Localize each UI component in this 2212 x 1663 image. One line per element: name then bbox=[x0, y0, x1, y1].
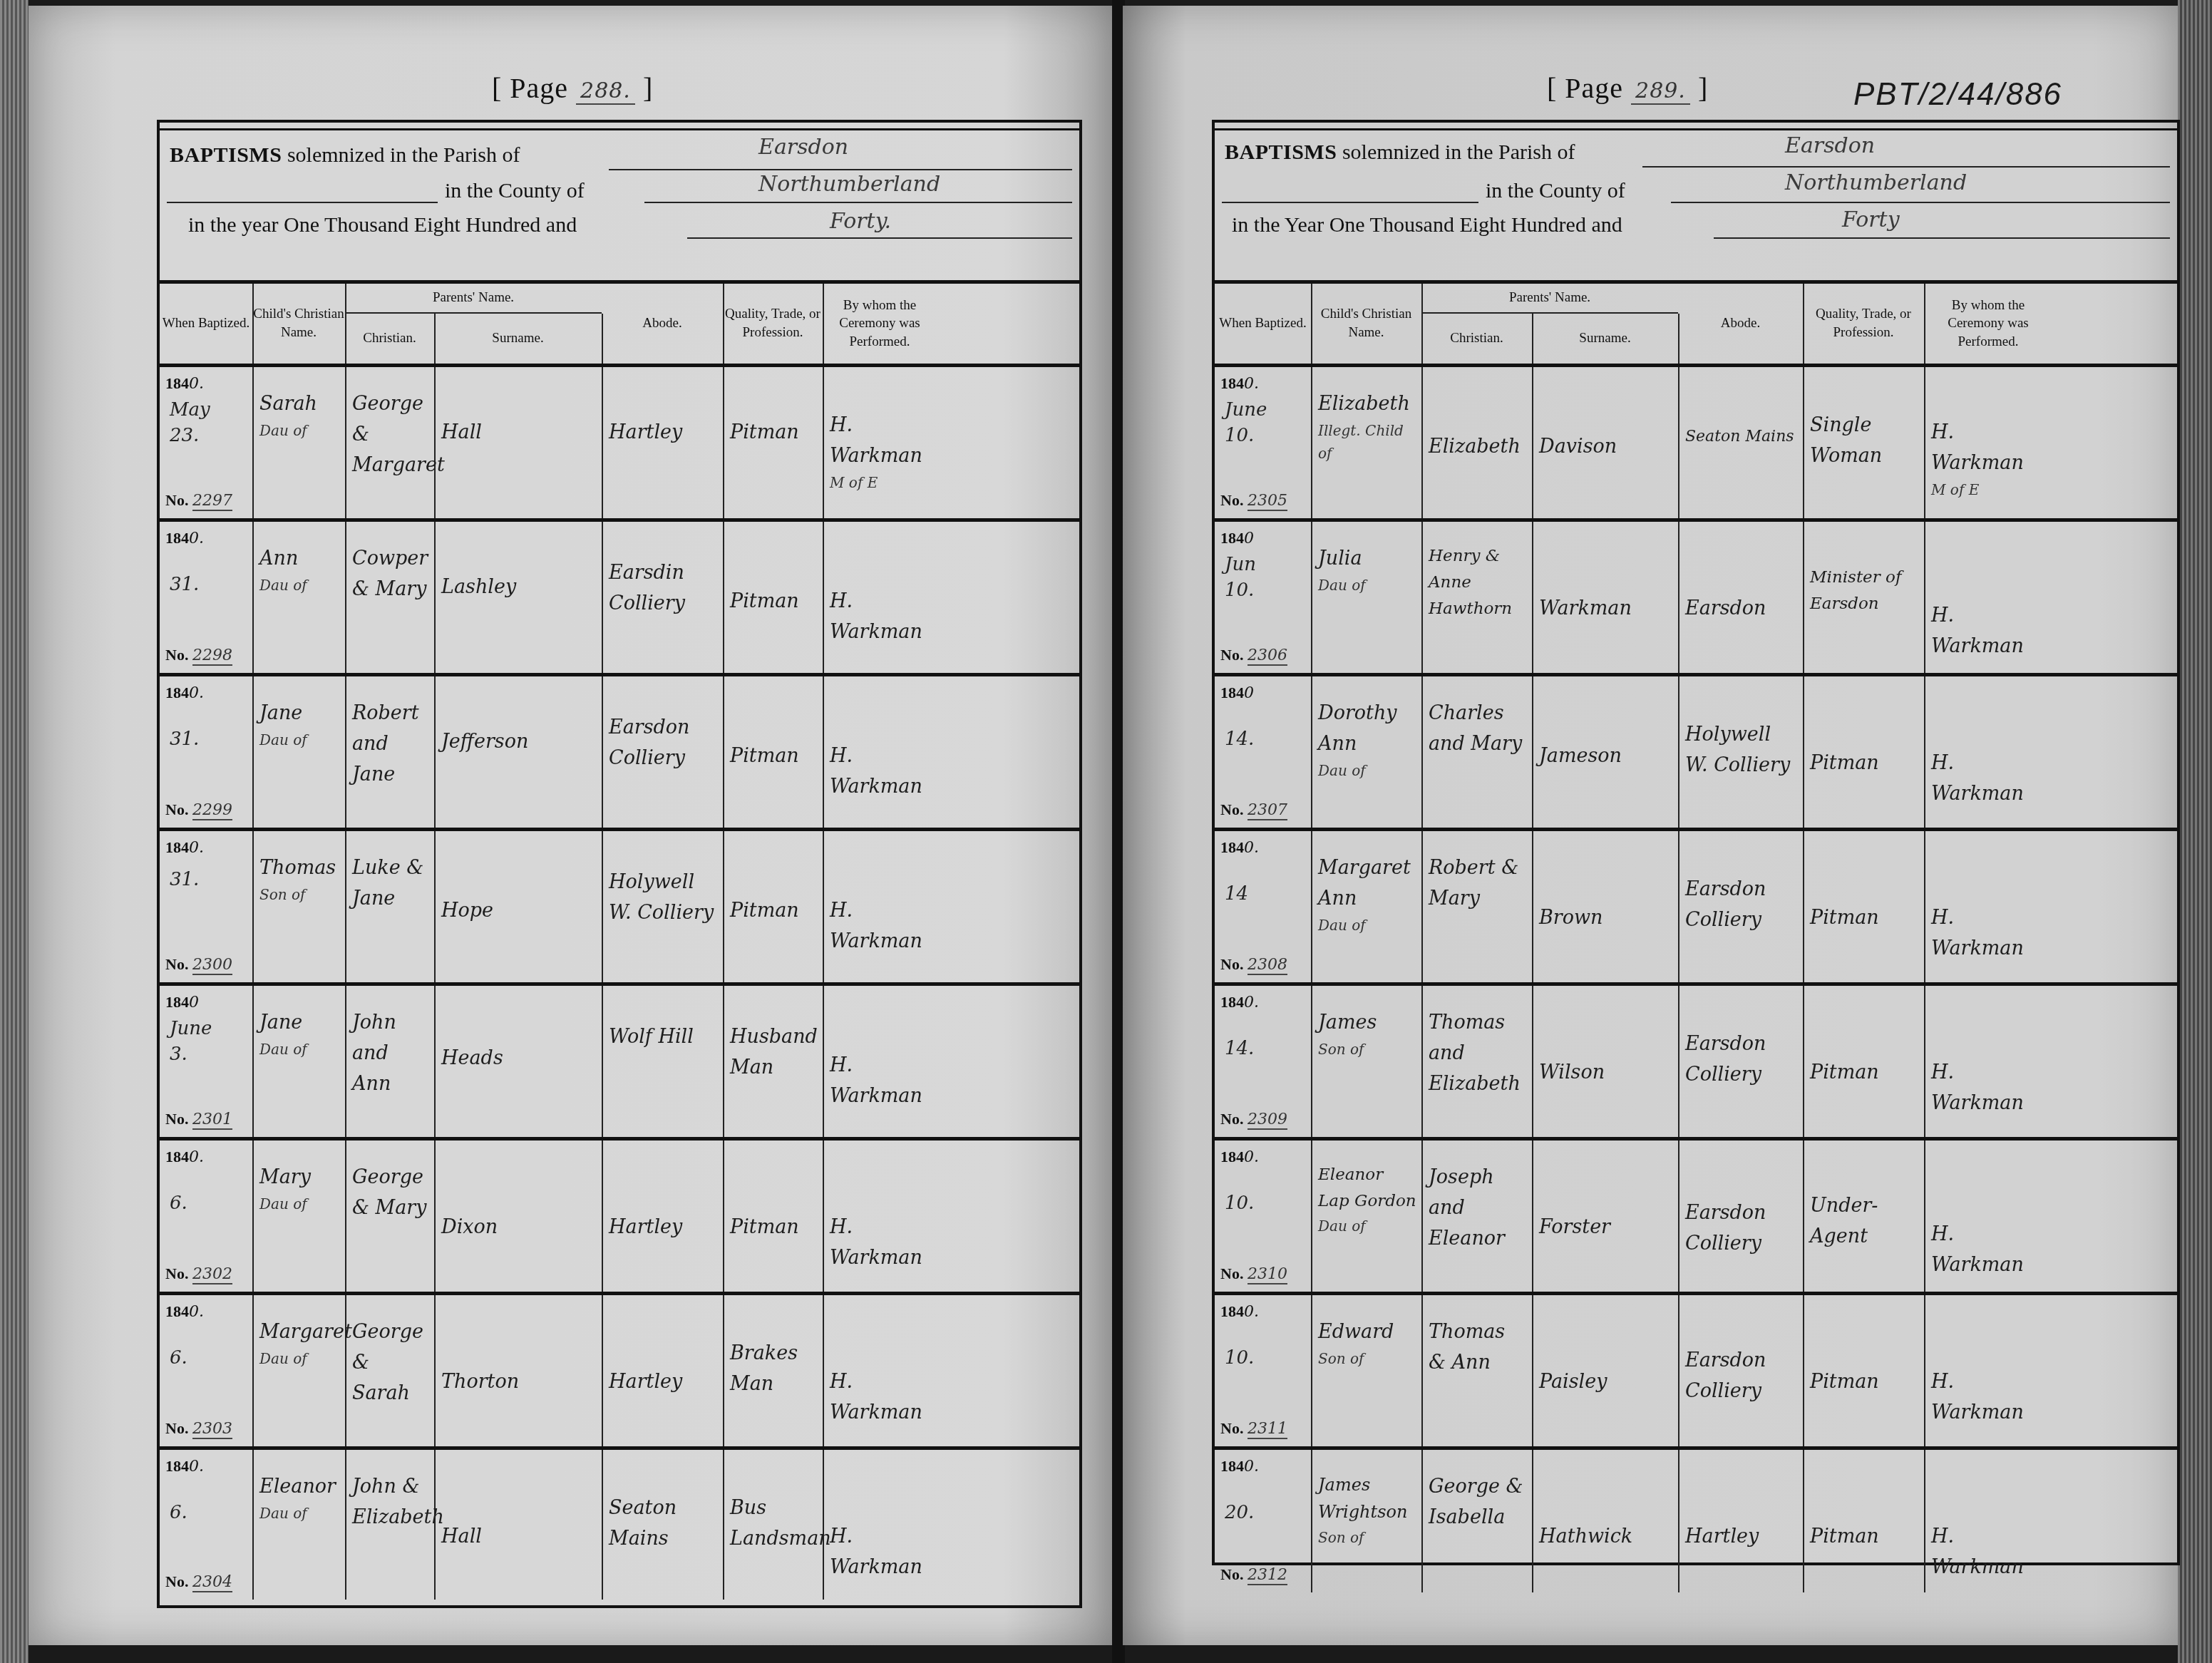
handwritten-text: 0. bbox=[1244, 375, 1259, 393]
handwritten-text: H. Warkman bbox=[830, 590, 922, 643]
col-by-whom: By whom the Ceremony was Performed. bbox=[823, 284, 937, 364]
parish-name: Earsdon bbox=[1785, 133, 1875, 158]
table-row: 1840.10.No. 2311 EdwardSon of Thomas & A… bbox=[1215, 1295, 2177, 1450]
handwritten-text: 0. bbox=[189, 1303, 204, 1321]
table-cell: JaneDau of bbox=[252, 986, 346, 1137]
year-word: Forty bbox=[1842, 207, 1900, 232]
handwritten-text: 2306 bbox=[1248, 647, 1287, 666]
handwritten-text: Elizabeth bbox=[1429, 431, 1528, 462]
year-word: Forty. bbox=[830, 209, 891, 234]
entry-year: 1840. bbox=[1220, 1457, 1259, 1476]
right-page-edges bbox=[2178, 0, 2212, 1663]
table-cell: Pitman bbox=[723, 367, 824, 518]
column-headers: When Baptized. Child's Christian Name. P… bbox=[160, 284, 1079, 367]
entry-date: 10. bbox=[1225, 1190, 1289, 1216]
county-name: Northumberland bbox=[1785, 170, 1967, 195]
handwritten-text: Elizabeth bbox=[1318, 393, 1410, 415]
handwritten-text: Margaret AnnDau of bbox=[1318, 853, 1417, 937]
table-cell: Robert & Mary bbox=[1421, 831, 1533, 982]
table-cell: John and Ann bbox=[345, 986, 436, 1137]
handwritten-text: H. Warkman bbox=[830, 1054, 922, 1107]
left-page-edges bbox=[0, 0, 29, 1663]
handwritten-text: Earsdon bbox=[1685, 593, 1799, 624]
handwritten-text: H. Warkman bbox=[1931, 902, 2048, 964]
handwritten-text: Warkman bbox=[1539, 593, 1674, 624]
handwritten-text: MaryDau of bbox=[259, 1162, 341, 1215]
handwritten-text: Jameson bbox=[1539, 741, 1674, 771]
handwritten-text: Pitman bbox=[1810, 1057, 1920, 1088]
handwritten-text: Dorothy Ann bbox=[1318, 702, 1397, 755]
handwritten-text: 2302 bbox=[192, 1265, 232, 1284]
table-cell: Paisley bbox=[1532, 1295, 1679, 1446]
handwritten-text: Robert & Mary bbox=[1429, 853, 1528, 914]
table-cell: Hope bbox=[434, 831, 603, 982]
entry-date: 31. bbox=[170, 726, 234, 752]
table-cell: 1840.6.No. 2304 bbox=[160, 1450, 254, 1600]
table-cell: Elizabeth bbox=[1421, 367, 1533, 518]
handwritten-text: H. Warkman bbox=[830, 1371, 922, 1423]
handwritten-text: Sarah bbox=[259, 393, 317, 415]
handwritten-text: EleanorDau of bbox=[259, 1471, 341, 1525]
handwritten-text: No. bbox=[1220, 800, 1243, 818]
handwritten-text: Thomas and Elizabeth bbox=[1429, 1007, 1528, 1100]
table-cell: EleanorDau of bbox=[252, 1450, 346, 1600]
handwritten-text: Dau of bbox=[259, 1347, 341, 1370]
handwritten-text: 2308 bbox=[1248, 956, 1287, 975]
col-parents-name: Parents' Name. bbox=[1421, 284, 1678, 314]
page-number-right: [ Page 289. ] bbox=[1547, 71, 1708, 105]
handwritten-text: Pitman bbox=[730, 1212, 818, 1242]
table-cell: Eleanor Lap GordonDau of bbox=[1311, 1141, 1423, 1292]
handwritten-text: 2312 bbox=[1248, 1566, 1287, 1585]
table-cell: Pitman bbox=[723, 522, 824, 673]
table-cell: H. Warkman bbox=[1924, 986, 2052, 1137]
table-cell: H. Warkman bbox=[823, 676, 937, 828]
handwritten-text: Davison bbox=[1539, 431, 1674, 462]
handwritten-text: Son of bbox=[1318, 1038, 1417, 1061]
table-cell: Minister of Earsdon bbox=[1803, 522, 1925, 673]
handwritten-text: Wilson bbox=[1539, 1057, 1674, 1088]
handwritten-text: H. Warkman bbox=[830, 1366, 932, 1428]
col-parents-surname: Surname. bbox=[434, 314, 603, 364]
table-cell: Lashley bbox=[434, 522, 603, 673]
table-cell: Seaton Mains bbox=[602, 1450, 724, 1600]
handwritten-text: H. Warkman bbox=[1931, 421, 2024, 474]
entry-year: 1840. bbox=[1220, 374, 1259, 393]
handwritten-text: JaneDau of bbox=[259, 698, 341, 751]
table-cell: Wilson bbox=[1532, 986, 1679, 1137]
entry-date: 10. bbox=[1225, 1345, 1289, 1371]
table-cell: Pitman bbox=[723, 831, 824, 982]
table-cell: Davison bbox=[1532, 367, 1679, 518]
handwritten-text: H. Warkman bbox=[1931, 1061, 2024, 1114]
table-cell: ElizabethIllegt. Child of bbox=[1311, 367, 1423, 518]
table-cell: H. Warkman bbox=[823, 522, 937, 673]
handwritten-text: H. Warkman bbox=[1931, 1057, 2048, 1118]
handwritten-text: H. Warkman bbox=[830, 1212, 932, 1273]
handwritten-text: Pitman bbox=[730, 741, 818, 771]
handwritten-text: Dau of bbox=[1318, 1215, 1417, 1237]
handwritten-text: Son of bbox=[1318, 1526, 1417, 1549]
handwritten-text: H. Warkman bbox=[1931, 748, 2048, 809]
handwritten-text: 0. bbox=[189, 530, 204, 547]
table-cell: Earsdon Colliery bbox=[1678, 986, 1804, 1137]
table-cell: George & Margaret bbox=[345, 367, 436, 518]
table-cell: Forster bbox=[1532, 1141, 1679, 1292]
handwritten-text: 0. bbox=[1244, 994, 1259, 1011]
entry-year: 1840. bbox=[165, 1457, 204, 1476]
handwritten-text: James Wrightson bbox=[1318, 1475, 1407, 1522]
handwritten-text: Dau of bbox=[1318, 574, 1417, 597]
table-cell: Thomas & Ann bbox=[1421, 1295, 1533, 1446]
handwritten-text: George & Mary bbox=[352, 1162, 430, 1223]
handwritten-text: Holywell W. Colliery bbox=[609, 867, 719, 928]
handwritten-text: M of E bbox=[830, 471, 932, 494]
table-cell: H. Warkman bbox=[823, 986, 937, 1137]
table-cell: 1840.20.No. 2312 bbox=[1215, 1450, 1312, 1592]
table-cell: Earsdon Colliery bbox=[1678, 1295, 1804, 1446]
handwritten-text: Bus Landsman bbox=[730, 1493, 818, 1554]
handwritten-text: 0. bbox=[1244, 1303, 1259, 1321]
table-row: 184014.No. 2307 Dorothy AnnDau of Charle… bbox=[1215, 676, 2177, 831]
table-cell: Henry & Anne Hawthorn bbox=[1421, 522, 1533, 673]
entry-year: 1840 bbox=[165, 993, 199, 1011]
table-cell: Wolf Hill bbox=[602, 986, 724, 1137]
right-page: [ Page 289. ] PBT/2/44/886 BAPTISMS sole… bbox=[1123, 6, 2178, 1645]
entry-date: 6. bbox=[170, 1190, 234, 1216]
handwritten-text: Dau of bbox=[259, 419, 341, 442]
table-row: 1840.20.No. 2312 James WrightsonSon of G… bbox=[1215, 1450, 2177, 1592]
table-cell: Pitman bbox=[1803, 986, 1925, 1137]
table-cell: 184014.No. 2307 bbox=[1215, 676, 1312, 828]
entry-year: 1840. bbox=[1220, 993, 1259, 1011]
handwritten-text: H. WarkmanM of E bbox=[830, 410, 932, 494]
entry-date: Jun 10. bbox=[1225, 552, 1289, 604]
col-quality: Quality, Trade, or Profession. bbox=[723, 284, 824, 364]
handwritten-text: H. Warkman bbox=[1931, 1223, 2024, 1276]
col-quality: Quality, Trade, or Profession. bbox=[1803, 284, 1925, 364]
table-cell: Heads bbox=[434, 986, 603, 1137]
table-cell: Pitman bbox=[1803, 676, 1925, 828]
handwritten-text: Dau of bbox=[259, 728, 341, 751]
table-cell: 1840.June 10.No. 2305 bbox=[1215, 367, 1312, 518]
handwritten-text: Dau of bbox=[259, 1038, 341, 1061]
handwritten-text: Dau of bbox=[259, 574, 341, 597]
table-cell: John & Elizabeth bbox=[345, 1450, 436, 1600]
handwritten-text: 2311 bbox=[1248, 1420, 1287, 1439]
table-cell: Holywell W. Colliery bbox=[602, 831, 724, 982]
table-cell: ThomasSon of bbox=[252, 831, 346, 982]
handwritten-text: Margaret Ann bbox=[1318, 857, 1411, 910]
handwritten-text: John and Ann bbox=[352, 1007, 430, 1100]
handwritten-text: Pitman bbox=[1810, 1366, 1920, 1397]
handwritten-text: Robert and Jane bbox=[352, 698, 430, 791]
table-cell: H. Warkman bbox=[1924, 1450, 2052, 1592]
col-child-name: Child's Christian Name. bbox=[252, 284, 346, 364]
handwritten-text: James bbox=[1318, 1011, 1377, 1034]
handwritten-text: 0. bbox=[189, 1458, 204, 1476]
table-cell: Hall bbox=[434, 1450, 603, 1600]
handwritten-text: 2298 bbox=[192, 647, 232, 666]
entry-year: 1840. bbox=[1220, 1302, 1259, 1321]
handwritten-text: Pitman bbox=[1810, 902, 1920, 933]
handwritten-text: Pitman bbox=[730, 586, 818, 617]
table-cell: Brakes Man bbox=[723, 1295, 824, 1446]
handwritten-text: John & Elizabeth bbox=[352, 1471, 430, 1533]
col-parents-surname: Surname. bbox=[1532, 314, 1679, 364]
handwritten-text: Brown bbox=[1539, 902, 1674, 933]
table-cell: James WrightsonSon of bbox=[1311, 1450, 1423, 1592]
handwritten-text: Dau of bbox=[259, 1502, 341, 1525]
handwritten-text: Earsdon Colliery bbox=[1685, 1345, 1799, 1406]
baptism-register-table-right: BAPTISMS solemnized in the Parish of Ear… bbox=[1212, 120, 2180, 1565]
handwritten-text: Husband Man bbox=[730, 1021, 818, 1083]
handwritten-text: H. Warkman bbox=[830, 745, 922, 798]
entry-number: No. 2311 bbox=[1220, 1419, 1287, 1438]
table-cell: Robert and Jane bbox=[345, 676, 436, 828]
table-cell: Husband Man bbox=[723, 986, 824, 1137]
table-row: 1840June 3.No. 2301 JaneDau of John and … bbox=[160, 986, 1079, 1141]
handwritten-text: 0. bbox=[189, 839, 204, 857]
col-parents-christian: Christian. bbox=[345, 314, 436, 364]
handwritten-text: No. bbox=[165, 955, 188, 973]
handwritten-text: H. Warkman bbox=[830, 895, 932, 957]
handwritten-text: 0. bbox=[1244, 1458, 1259, 1476]
table-cell: Margaret AnnDau of bbox=[1311, 831, 1423, 982]
table-row: 1840.6.No. 2303 MargaretDau of George & … bbox=[160, 1295, 1079, 1450]
handwritten-text: Dorothy AnnDau of bbox=[1318, 698, 1417, 782]
handwritten-text: Wolf Hill bbox=[609, 1021, 719, 1052]
entry-number: No. 2309 bbox=[1220, 1110, 1287, 1128]
table-cell: H. Warkman bbox=[1924, 831, 2052, 982]
col-child-name: Child's Christian Name. bbox=[1311, 284, 1423, 364]
table-cell: AnnDau of bbox=[252, 522, 346, 673]
handwritten-text: 2309 bbox=[1248, 1111, 1287, 1130]
handwritten-text: 2304 bbox=[192, 1573, 232, 1592]
table-cell: Hartley bbox=[602, 1141, 724, 1292]
entry-number: No. 2302 bbox=[165, 1265, 232, 1283]
table-cell: Holywell W. Colliery bbox=[1678, 676, 1804, 828]
handwritten-text: Dixon bbox=[441, 1212, 597, 1242]
table-cell: Hartley bbox=[602, 367, 724, 518]
handwritten-text: Seaton Mains bbox=[1685, 424, 1799, 449]
handwritten-text: M of E bbox=[1931, 478, 2048, 501]
entry-number: No. 2308 bbox=[1220, 955, 1287, 974]
handwritten-text: 2310 bbox=[1248, 1265, 1287, 1284]
table-cell: Thorton bbox=[434, 1295, 603, 1446]
handwritten-text: Son of bbox=[1318, 1347, 1417, 1370]
entry-year: 1840. bbox=[165, 1148, 204, 1166]
entry-number: No. 2301 bbox=[165, 1110, 232, 1128]
table-cell: 1840.6.No. 2303 bbox=[160, 1295, 254, 1446]
table-cell: Cowper & Mary bbox=[345, 522, 436, 673]
baptism-register-table-left: BAPTISMS solemnized in the Parish of Ear… bbox=[157, 120, 1082, 1608]
handwritten-text: AnnDau of bbox=[259, 543, 341, 597]
entry-date: June 3. bbox=[170, 1016, 234, 1068]
handwritten-text: H. Warkman bbox=[1931, 600, 2048, 661]
handwritten-text: 0. bbox=[189, 375, 204, 393]
entry-date: 31. bbox=[170, 572, 234, 597]
handwritten-text: No. bbox=[165, 1572, 188, 1590]
handwritten-text: Henry & Anne Hawthorn bbox=[1429, 543, 1528, 622]
handwritten-text: 0. bbox=[189, 684, 204, 702]
handwritten-text: MargaretDau of bbox=[259, 1317, 341, 1370]
handwritten-text: H. Warkman bbox=[1931, 604, 2024, 657]
handwritten-text: Paisley bbox=[1539, 1366, 1674, 1397]
table-cell: Dorothy AnnDau of bbox=[1311, 676, 1423, 828]
handwritten-text: 0 bbox=[1244, 530, 1254, 547]
handwritten-text: Thomas & Ann bbox=[1429, 1317, 1528, 1378]
handwritten-text: Ann bbox=[259, 547, 298, 570]
table-cell: George & Isabella bbox=[1421, 1450, 1533, 1592]
entry-year: 1840. bbox=[165, 838, 204, 857]
table-cell: 1840Jun 10.No. 2306 bbox=[1215, 522, 1312, 673]
handwritten-text: No. bbox=[165, 1110, 188, 1128]
entry-number: No. 2304 bbox=[165, 1572, 232, 1591]
entry-date: 14 bbox=[1225, 881, 1289, 907]
handwritten-text: ElizabethIllegt. Child of bbox=[1318, 388, 1417, 465]
handwritten-text: Minister of Earsdon bbox=[1810, 565, 1920, 617]
handwritten-text: Hartley bbox=[1685, 1521, 1799, 1552]
handwritten-text: H. Warkman bbox=[830, 1521, 932, 1582]
col-when-baptized: When Baptized. bbox=[160, 284, 254, 364]
entry-year: 1840 bbox=[1220, 529, 1254, 547]
handwritten-text: H. Warkman bbox=[1931, 1525, 2024, 1578]
handwritten-text: 0. bbox=[1244, 839, 1259, 857]
handwritten-text: H. WarkmanM of E bbox=[1931, 417, 2048, 501]
handwritten-text: H. Warkman bbox=[830, 741, 932, 802]
handwritten-text: Holywell W. Colliery bbox=[1685, 719, 1799, 781]
table-cell: Earsdon bbox=[1678, 522, 1804, 673]
table-cell: EdwardSon of bbox=[1311, 1295, 1423, 1446]
table-cell: Hall bbox=[434, 367, 603, 518]
handwritten-text: Dau of bbox=[259, 1193, 341, 1215]
handwritten-text: George & Sarah bbox=[352, 1317, 430, 1409]
handwritten-text: ThomasSon of bbox=[259, 853, 341, 906]
handwritten-text: 0 bbox=[189, 994, 199, 1011]
handwritten-text: Under-Agent bbox=[1810, 1190, 1920, 1252]
table-cell: JamesSon of bbox=[1311, 986, 1423, 1137]
table-cell: 1840.31.No. 2299 bbox=[160, 676, 254, 828]
handwritten-text: George & Isabella bbox=[1429, 1471, 1528, 1533]
table-cell: MaryDau of bbox=[252, 1141, 346, 1292]
handwritten-text: Earsdon Colliery bbox=[1685, 1198, 1799, 1259]
handwritten-text: Eleanor bbox=[259, 1476, 336, 1498]
entry-number: No. 2303 bbox=[165, 1419, 232, 1438]
table-row: 1840.31.No. 2300 ThomasSon of Luke & Jan… bbox=[160, 831, 1079, 986]
table-cell: Earsdon Colliery bbox=[1678, 831, 1804, 982]
handwritten-text: Jefferson bbox=[441, 726, 597, 757]
handwritten-text: 0. bbox=[1244, 1148, 1259, 1166]
table-row: 1840.31.No. 2298 AnnDau of Cowper & Mary… bbox=[160, 522, 1079, 676]
handwritten-text: 2303 bbox=[192, 1420, 232, 1439]
handwritten-text: H. Warkman bbox=[830, 414, 922, 467]
table-cell: George & Sarah bbox=[345, 1295, 436, 1446]
table-cell: H. Warkman bbox=[823, 1141, 937, 1292]
table-cell: 1840.6.No. 2302 bbox=[160, 1141, 254, 1292]
table-cell: Pitman bbox=[723, 676, 824, 828]
table-cell: 1840.10.No. 2311 bbox=[1215, 1295, 1312, 1446]
entry-date: 14. bbox=[1225, 1036, 1289, 1061]
handwritten-text: 2300 bbox=[192, 956, 232, 975]
entry-number: No. 2299 bbox=[165, 800, 232, 819]
table-cell: Thomas and Elizabeth bbox=[1421, 986, 1533, 1137]
table-cell: Jameson bbox=[1532, 676, 1679, 828]
handwritten-text: No. bbox=[1220, 646, 1243, 664]
col-when-baptized: When Baptized. bbox=[1215, 284, 1312, 364]
entry-date: 31. bbox=[170, 867, 234, 892]
table-row: 1840.6.No. 2302 MaryDau of George & Mary… bbox=[160, 1141, 1079, 1295]
entry-number: No. 2297 bbox=[165, 491, 232, 510]
table-cell: George & Mary bbox=[345, 1141, 436, 1292]
table-cell: H. WarkmanM of E bbox=[823, 367, 937, 518]
handwritten-text: Forster bbox=[1539, 1212, 1674, 1242]
table-cell: Joseph and Eleanor bbox=[1421, 1141, 1533, 1292]
table-cell: MargaretDau of bbox=[252, 1295, 346, 1446]
handwritten-text: Jane bbox=[259, 1011, 302, 1034]
handwritten-text: H. Warkman bbox=[1931, 1366, 2048, 1428]
handwritten-text: Earsdin Colliery bbox=[609, 557, 719, 619]
table-cell: Earsdon Colliery bbox=[602, 676, 724, 828]
table-cell: Jefferson bbox=[434, 676, 603, 828]
handwritten-text: Mary bbox=[259, 1166, 311, 1188]
table-cell: Hartley bbox=[602, 1295, 724, 1446]
handwritten-text: Son of bbox=[259, 883, 341, 906]
handwritten-text: Margaret bbox=[259, 1321, 352, 1343]
entry-year: 1840. bbox=[165, 1302, 204, 1321]
handwritten-text: Luke & Jane bbox=[352, 853, 430, 914]
handwritten-text: Cowper & Mary bbox=[352, 543, 430, 604]
table-cell: H. WarkmanM of E bbox=[1924, 367, 2052, 518]
handwritten-text: Edward bbox=[1318, 1321, 1394, 1343]
entry-number: No. 2312 bbox=[1220, 1565, 1287, 1584]
handwritten-text: Thomas bbox=[259, 857, 336, 879]
entry-year: 1840 bbox=[1220, 684, 1254, 702]
archive-reference: PBT/2/44/886 bbox=[1853, 77, 2062, 113]
handwritten-text: 0 bbox=[1244, 684, 1254, 702]
table-cell: H. Warkman bbox=[1924, 676, 2052, 828]
table-cell: Charles and Mary bbox=[1421, 676, 1533, 828]
handwritten-text: Thorton bbox=[441, 1366, 597, 1397]
table-cell: H. Warkman bbox=[1924, 1295, 2052, 1446]
table-cell: 1840.31.No. 2298 bbox=[160, 522, 254, 673]
table-cell: Pitman bbox=[1803, 1450, 1925, 1592]
entry-number: No. 2310 bbox=[1220, 1265, 1287, 1283]
handwritten-text: Pitman bbox=[730, 895, 818, 926]
entry-year: 1840. bbox=[165, 374, 204, 393]
handwritten-text: No. bbox=[1220, 1565, 1243, 1583]
handwritten-text: Lashley bbox=[441, 572, 597, 602]
col-by-whom: By whom the Ceremony was Performed. bbox=[1924, 284, 2052, 364]
entry-year: 1840. bbox=[165, 529, 204, 547]
handwritten-text: No. bbox=[165, 800, 188, 818]
register-heading: BAPTISMS solemnized in the Parish of Ear… bbox=[1215, 128, 2177, 284]
handwritten-text: EdwardSon of bbox=[1318, 1317, 1417, 1370]
handwritten-text: H. Warkman bbox=[830, 1050, 932, 1111]
column-headers: When Baptized. Child's Christian Name. P… bbox=[1215, 284, 2177, 367]
handwritten-text: H. Warkman bbox=[830, 1525, 922, 1578]
handwritten-text: 2301 bbox=[192, 1111, 232, 1130]
handwritten-text: H. Warkman bbox=[1931, 752, 2024, 805]
handwritten-text: No. bbox=[165, 646, 188, 664]
table-cell: H. Warkman bbox=[823, 1450, 937, 1600]
table-cell: Hartley bbox=[1678, 1450, 1804, 1592]
table-cell: H. Warkman bbox=[823, 1295, 937, 1446]
table-cell: SarahDau of bbox=[252, 367, 346, 518]
handwritten-text: No. bbox=[1220, 1110, 1243, 1128]
handwritten-text: Single Woman bbox=[1810, 410, 1920, 471]
handwritten-text: 2305 bbox=[1248, 492, 1287, 511]
